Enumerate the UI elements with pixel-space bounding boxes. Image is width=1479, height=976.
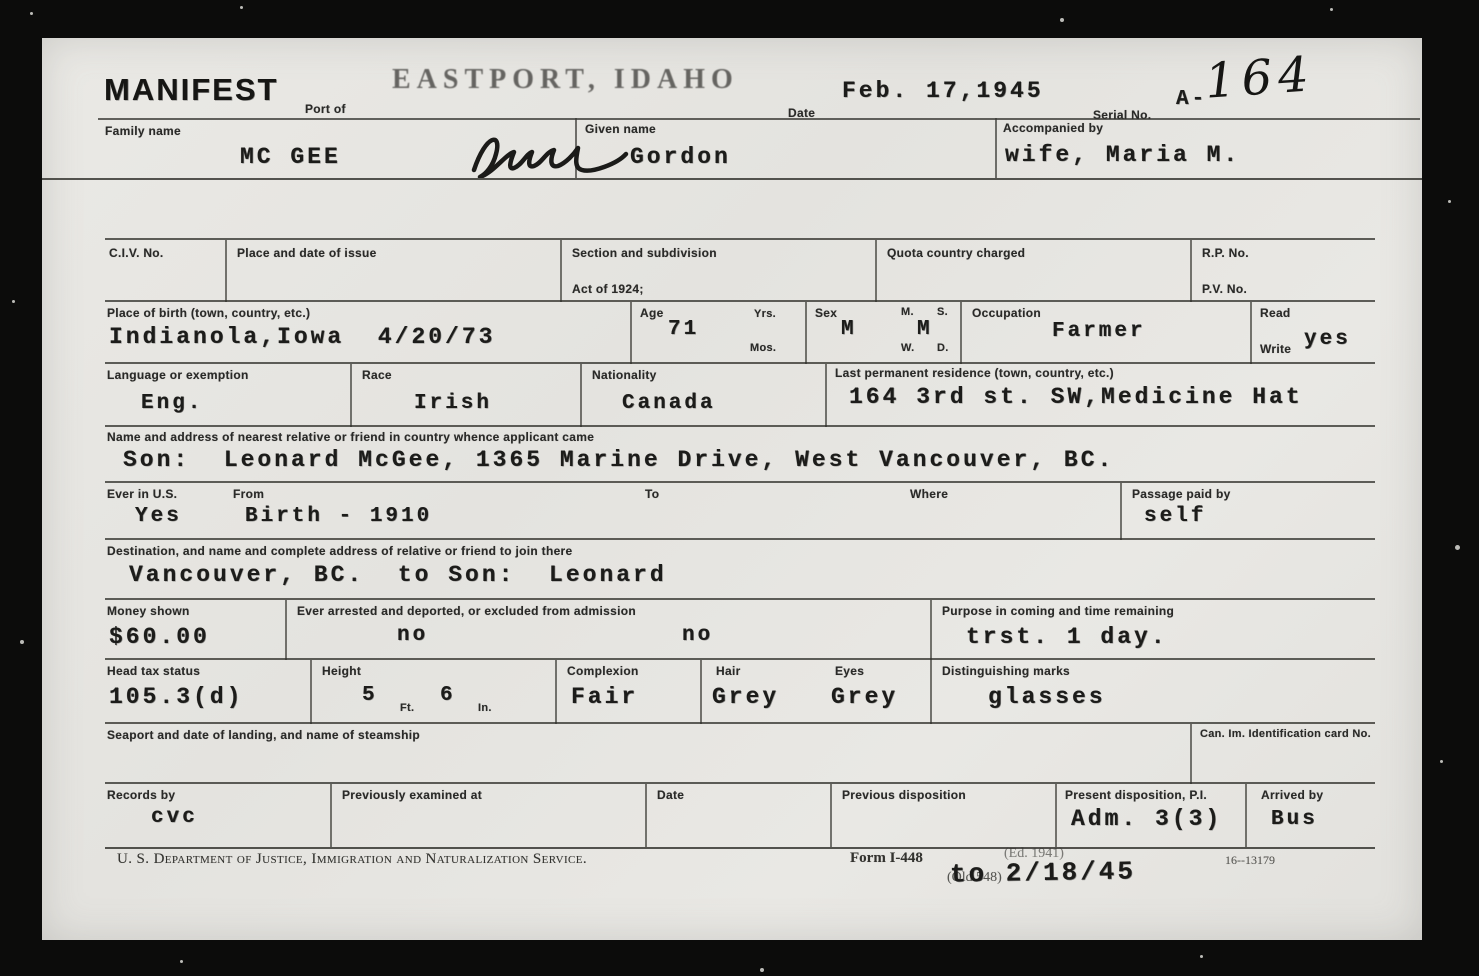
can-im-card-label: Can. Im. Identification card No. bbox=[1200, 728, 1371, 740]
serial-prefix: A- bbox=[1176, 88, 1207, 111]
money-shown-label: Money shown bbox=[107, 604, 190, 618]
age-mos-label: Mos. bbox=[750, 342, 776, 354]
nationality-label: Nationality bbox=[592, 368, 657, 382]
ever-in-us-label: Ever in U.S. bbox=[107, 487, 177, 501]
accompanied-by-label: Accompanied by bbox=[1003, 121, 1103, 135]
row-destination: Destination, and name and complete addre… bbox=[105, 538, 1375, 600]
language-label: Language or exemption bbox=[107, 368, 249, 382]
row-description: Head tax status 105.3(d) Height 5 Ft. 6 … bbox=[105, 658, 1375, 724]
occupation-label: Occupation bbox=[972, 306, 1041, 320]
occupation-value: Farmer bbox=[1052, 320, 1146, 343]
from-label: From bbox=[233, 487, 264, 501]
manifest-card: MANIFEST Port of EASTPORT, IDAHO Date Fe… bbox=[42, 38, 1422, 940]
row-money: Money shown $60.00 Ever arrested and dep… bbox=[105, 598, 1375, 660]
row-records: Records by cvc Previously examined at Da… bbox=[105, 782, 1375, 849]
race-label: Race bbox=[362, 368, 392, 382]
purpose-label: Purpose in coming and time remaining bbox=[942, 604, 1174, 618]
name-row: Family name MC GEE Given name Gordon Acc… bbox=[42, 118, 1422, 180]
previous-disposition-label: Previous disposition bbox=[842, 788, 966, 802]
scanned-manifest-page: { "header": { "title": "MANIFEST", "port… bbox=[0, 0, 1479, 976]
to-date-stamp: to 2/18/45 bbox=[950, 856, 1137, 889]
rp-no-label: R.P. No. bbox=[1202, 246, 1249, 260]
age-value: 71 bbox=[668, 318, 699, 341]
marital-w-label: W. bbox=[901, 342, 914, 354]
age-label: Age bbox=[640, 306, 664, 320]
pv-no-label: P.V. No. bbox=[1202, 282, 1247, 296]
place-of-birth-value: Indianola,Iowa 4/20/73 bbox=[109, 324, 495, 350]
hair-value: Grey bbox=[712, 684, 779, 710]
records-by-value: cvc bbox=[151, 806, 198, 829]
present-disposition-label: Present disposition, P.I. bbox=[1065, 788, 1207, 802]
family-name-label: Family name bbox=[105, 124, 181, 138]
race-value: Irish bbox=[414, 392, 492, 415]
row-language: Language or exemption Eng. Race Irish Na… bbox=[105, 362, 1375, 427]
height-in-label: In. bbox=[478, 702, 492, 714]
last-residence-value: 164 3rd st. SW,Medicine Hat bbox=[849, 384, 1303, 410]
row-civ: C.I.V. No. Place and date of issue Secti… bbox=[105, 238, 1375, 302]
passage-paid-value: self bbox=[1144, 505, 1206, 528]
row-birth: Place of birth (town, country, etc.) Ind… bbox=[105, 300, 1375, 364]
row-seaport: Seaport and date of landing, and name of… bbox=[105, 722, 1375, 784]
act-of-1924-note: Act of 1924; bbox=[572, 282, 644, 296]
arrested-value-2: no bbox=[682, 624, 713, 647]
date-value: Feb. 17,1945 bbox=[842, 78, 1044, 104]
height-ft-label: Ft. bbox=[400, 702, 414, 714]
relative-label: Name and address of nearest relative or … bbox=[107, 430, 594, 444]
accompanied-by-value: wife, Maria M. bbox=[1005, 142, 1240, 168]
civ-no-label: C.I.V. No. bbox=[109, 246, 164, 260]
serial-no-handwritten: 164 bbox=[1203, 46, 1316, 110]
exam-date-label: Date bbox=[657, 788, 684, 802]
where-label: Where bbox=[910, 487, 948, 501]
language-value: Eng. bbox=[141, 392, 203, 415]
arrested-label: Ever arrested and deported, or excluded … bbox=[297, 604, 636, 618]
sex-value: M bbox=[841, 318, 857, 341]
given-name-value: Gordon bbox=[630, 144, 731, 170]
records-by-label: Records by bbox=[107, 788, 175, 802]
to-label: To bbox=[645, 487, 659, 501]
complexion-value: Fair bbox=[571, 684, 638, 710]
quota-country-label: Quota country charged bbox=[887, 246, 1025, 260]
height-ft-value: 5 bbox=[362, 684, 378, 707]
sex-label: Sex bbox=[815, 306, 837, 320]
agency-imprint: U. S. Department of Justice, Immigration… bbox=[117, 851, 587, 868]
eyes-value: Grey bbox=[831, 684, 898, 710]
row-ever-us: Ever in U.S. From To Where Yes Birth - 1… bbox=[105, 481, 1375, 540]
write-label: Write bbox=[1260, 342, 1291, 356]
seaport-label: Seaport and date of landing, and name of… bbox=[107, 728, 420, 742]
section-subdivision-label: Section and subdivision bbox=[572, 246, 717, 260]
passage-paid-label: Passage paid by bbox=[1132, 487, 1231, 501]
hair-label: Hair bbox=[716, 664, 741, 678]
read-label: Read bbox=[1260, 306, 1291, 320]
height-in-value: 6 bbox=[440, 684, 456, 707]
port-of-label: Port of bbox=[305, 102, 346, 116]
port-of-stamp-value: EASTPORT, IDAHO bbox=[392, 64, 739, 96]
head-tax-value: 105.3(d) bbox=[109, 684, 243, 710]
distinguishing-marks-value: glasses bbox=[988, 684, 1106, 710]
present-disposition-value: Adm. 3(3) bbox=[1071, 806, 1222, 832]
arrived-by-label: Arrived by bbox=[1261, 788, 1323, 802]
row-relative: Name and address of nearest relative or … bbox=[105, 425, 1375, 483]
height-label: Height bbox=[322, 664, 361, 678]
eyes-label: Eyes bbox=[835, 664, 864, 678]
purpose-value: trst. 1 day. bbox=[966, 624, 1168, 650]
destination-value: Vancouver, BC. to Son: Leonard bbox=[129, 562, 667, 588]
ever-in-us-value: Yes bbox=[135, 505, 182, 528]
place-issue-label: Place and date of issue bbox=[237, 246, 377, 260]
signature bbox=[462, 126, 632, 178]
marital-s-label: S. bbox=[937, 306, 948, 318]
nationality-value: Canada bbox=[622, 392, 716, 415]
form-number: Form I-448 bbox=[850, 850, 923, 867]
money-shown-value: $60.00 bbox=[109, 624, 210, 650]
marital-m-label: M. bbox=[901, 306, 914, 318]
page-title: MANIFEST bbox=[104, 72, 278, 108]
destination-label: Destination, and name and complete addre… bbox=[107, 544, 573, 558]
print-code: 16--13179 bbox=[1225, 853, 1275, 868]
family-name-value: MC GEE bbox=[240, 144, 341, 170]
read-write-value: yes bbox=[1304, 328, 1351, 351]
relative-value: Son: Leonard McGee, 1365 Marine Drive, W… bbox=[123, 447, 1114, 473]
last-residence-label: Last permanent residence (town, country,… bbox=[835, 366, 1114, 380]
complexion-label: Complexion bbox=[567, 664, 639, 678]
age-yrs-label: Yrs. bbox=[754, 308, 776, 320]
distinguishing-marks-label: Distinguishing marks bbox=[942, 664, 1070, 678]
marital-d-label: D. bbox=[937, 342, 949, 354]
arrived-by-value: Bus bbox=[1271, 808, 1318, 831]
from-value: Birth - 1910 bbox=[245, 505, 432, 528]
previously-examined-label: Previously examined at bbox=[342, 788, 482, 802]
arrested-value-1: no bbox=[397, 624, 428, 647]
marital-status-value: M bbox=[917, 318, 933, 341]
head-tax-label: Head tax status bbox=[107, 664, 200, 678]
place-of-birth-label: Place of birth (town, country, etc.) bbox=[107, 306, 310, 320]
